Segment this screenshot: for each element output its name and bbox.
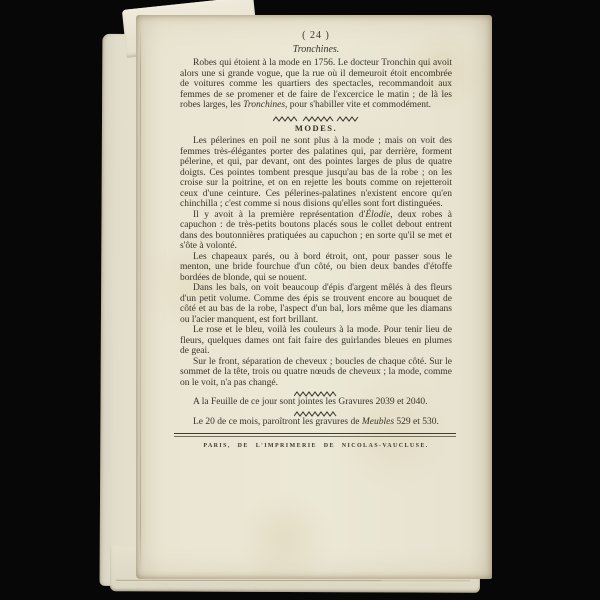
notice-meubles-lead: Le 20 de ce mois, paroîtront les gravure…: [193, 417, 362, 427]
footer-rule: [174, 433, 456, 437]
modes-paragraph-4: Dans les bals, on voit beaucoup d'épis d…: [180, 283, 452, 325]
intro-paragraph: Robes qui étoient à la mode en 1756. Le …: [180, 58, 452, 111]
photo-of-document: ( 24 ) Tronchines. Robes qui étoient à l…: [0, 0, 600, 600]
section-title: Tronchines.: [180, 45, 452, 56]
modes-paragraph-1: Les pélerines en poil ne sont plus à la …: [180, 136, 452, 210]
intro-text-italic: Tronchines: [243, 100, 285, 110]
printer-imprint: PARIS, DE L'IMPRIMERIE DE NICOLAS-VAUCLU…: [180, 441, 452, 452]
intro-text-tail: , pour s'habiller vite et commodément.: [285, 100, 431, 110]
notice-meubles: Le 20 de ce mois, paroîtront les gravure…: [180, 417, 452, 428]
modes-paragraph-3: Les chapeaux parés, ou à bord étroit, on…: [180, 252, 452, 284]
modes-heading: MODES.: [180, 123, 452, 134]
notice-meubles-tail: 529 et 530.: [394, 417, 439, 427]
notice-gravures: A la Feuille de ce jour sont jointes les…: [180, 397, 452, 408]
modes-p2-lead: Il y avoit à la première représentation …: [193, 210, 365, 220]
squiggle-divider-icon: [273, 116, 359, 122]
modes-paragraph-6: Sur le front, séparation de cheveux ; bo…: [180, 357, 452, 389]
page-number: ( 24 ): [180, 31, 452, 42]
modes-paragraph-2: Il y avoit à la première représentation …: [180, 210, 452, 252]
modes-paragraph-5: Le rose et le bleu, voilà les couleurs à…: [180, 325, 452, 357]
printed-page: ( 24 ) Tronchines. Robes qui étoient à l…: [136, 15, 492, 579]
page-content: ( 24 ) Tronchines. Robes qui étoient à l…: [136, 15, 492, 452]
paper-crease: [116, 580, 470, 582]
notice-meubles-italic: Meubles: [362, 417, 394, 427]
modes-p2-italic: Élodie: [365, 210, 390, 220]
